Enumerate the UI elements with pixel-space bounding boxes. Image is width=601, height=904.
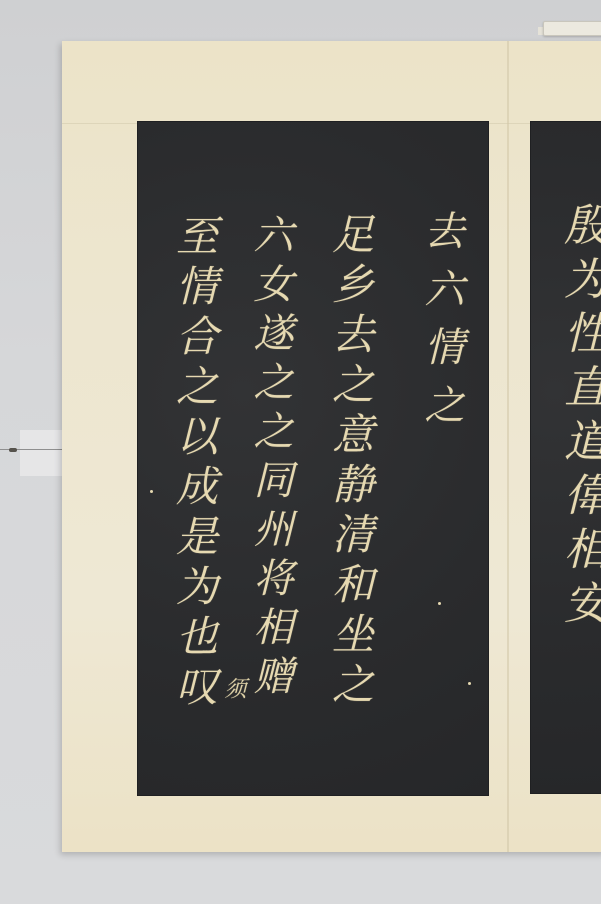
ink-speck (438, 602, 441, 605)
rubbing-panel-next: 殷为性直道偉相安 (530, 121, 601, 794)
ink-speck (150, 490, 153, 493)
calligraphy-column-next: 殷为性直道偉相安 (549, 202, 601, 634)
rubbing-panel-main: 去六情之 足乡去之意静清和坐之 六女遂之之同州将相赠 至情合之以成是为也叹 须 (137, 121, 489, 796)
paper-fold-vertical (507, 41, 509, 852)
album-tab (543, 21, 601, 36)
calligraphy-column-3: 六女遂之之同州将相赠 (242, 214, 299, 704)
calligraphy-column-1: 去六情之 (413, 210, 470, 442)
tape-strip (20, 430, 64, 476)
thread-knot (9, 448, 17, 452)
calligraphy-column-2: 足乡去之意静清和坐之 (320, 212, 380, 712)
ink-speck (468, 682, 471, 685)
calligraphy-column-4: 至情合之以成是为也叹 (164, 214, 224, 714)
calligraphy-annotation: 须 (218, 677, 249, 703)
